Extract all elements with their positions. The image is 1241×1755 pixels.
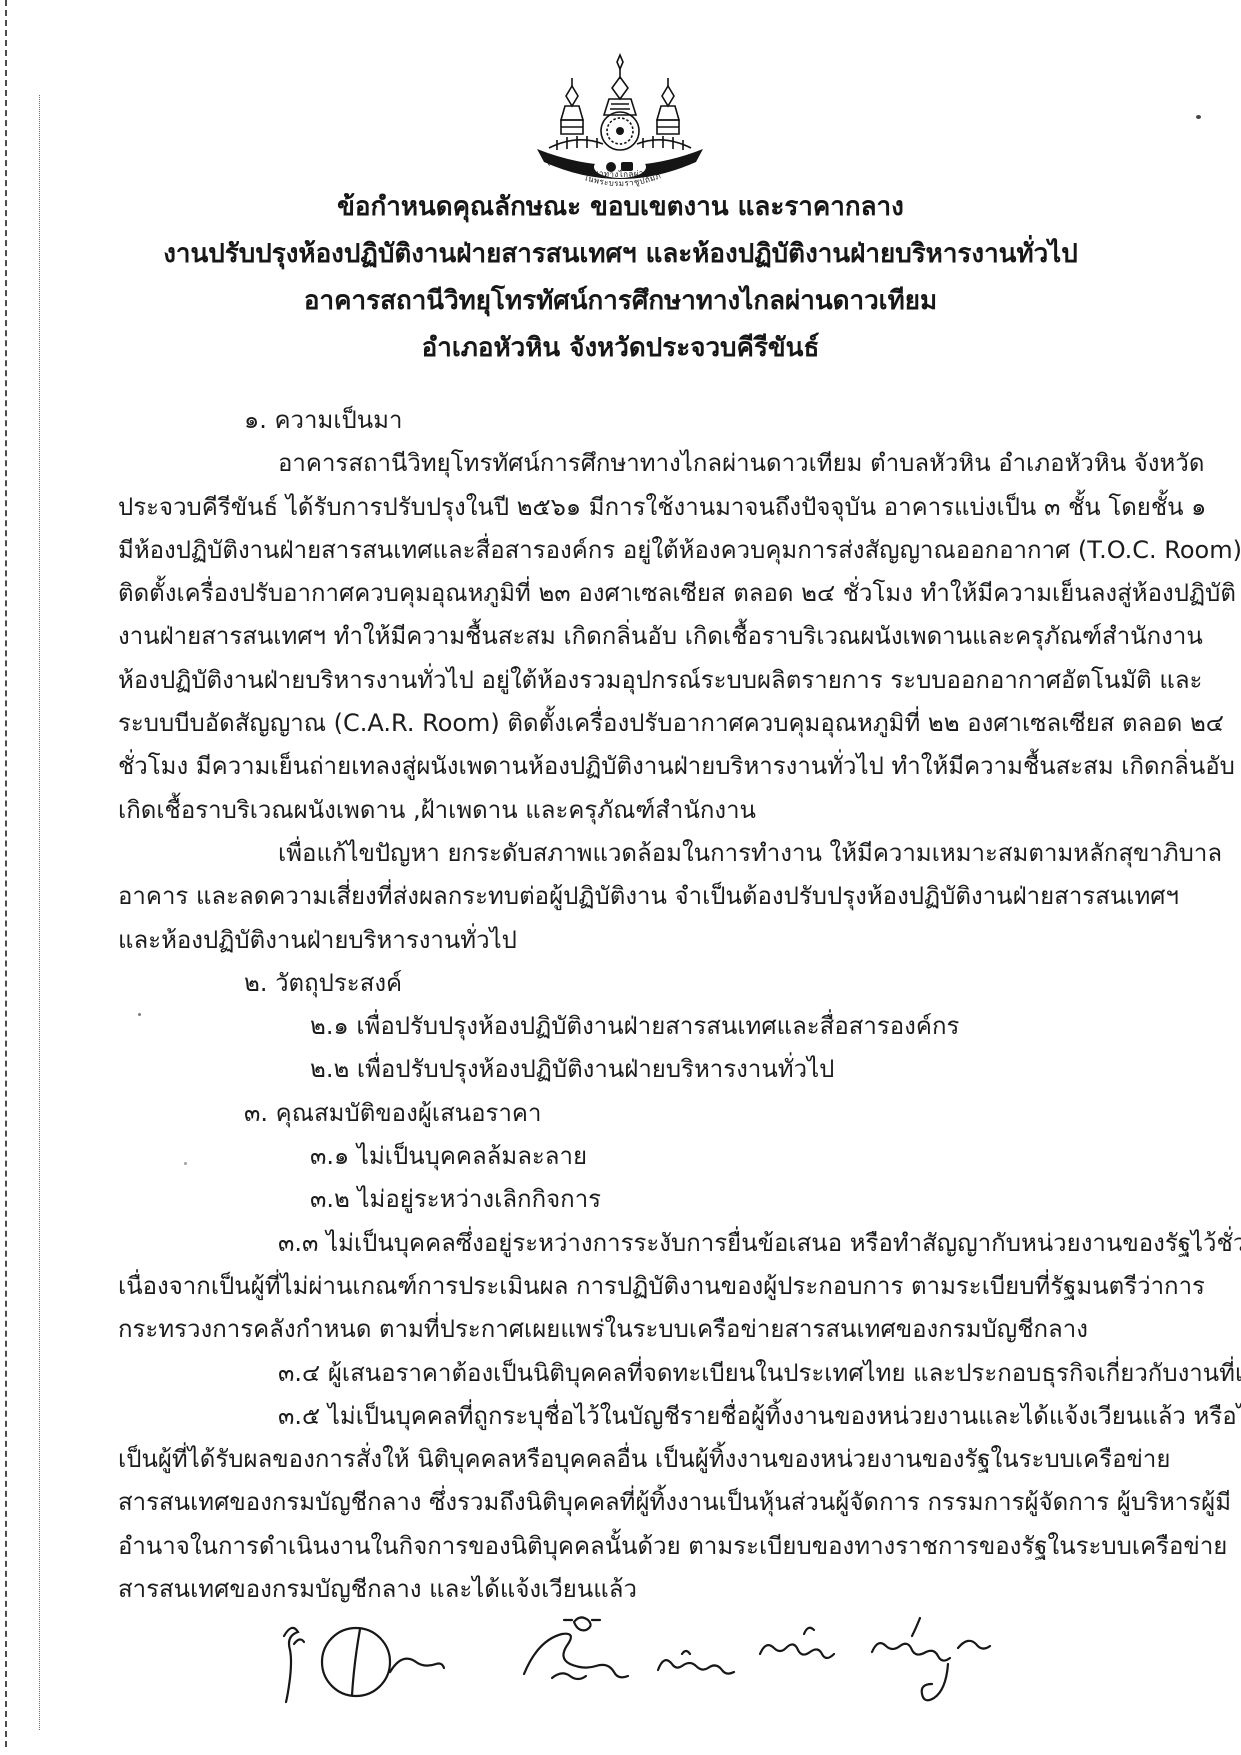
- body-line: สารสนเทศของกรมบัญชีกลาง ซึ่งรวมถึงนิติบุ…: [100, 1481, 1160, 1524]
- body-line: ๒.๒ เพื่อปรับปรุงห้องปฏิบัติงานฝ่ายบริหา…: [100, 1048, 1160, 1091]
- document-body: ๑. ความเป็นมา อาคารสถานีวิทยุโทรทัศน์การ…: [100, 399, 1160, 1611]
- signature-mark-2: [512, 1608, 662, 1703]
- body-line: ๓.๒ ไม่อยู่ระหว่างเลิกกิจการ: [100, 1178, 1160, 1221]
- body-line: ห้องปฏิบัติงานฝ่ายบริหารงานทั่วไป อยู่ใต…: [100, 659, 1160, 702]
- body-line: ติดตั้งเครื่องปรับอากาศควบคุมอุณหภูมิที่…: [100, 572, 1160, 615]
- body-line: อำนาจในการดำเนินงานในกิจการของนิติบุคคลน…: [100, 1525, 1160, 1568]
- title-line-2: งานปรับปรุงห้องปฏิบัติงานฝ่ายสารสนเทศฯ แ…: [0, 231, 1241, 278]
- body-line: เนื่องจากเป็นผู้ที่ไม่ผ่านเกณฑ์การประเมิ…: [100, 1265, 1160, 1308]
- body-line: มีห้องปฏิบัติงานฝ่ายสารสนเทศและสื่อสารอง…: [100, 529, 1160, 572]
- body-line: และห้องปฏิบัติงานฝ่ายบริหารงานทั่วไป: [100, 919, 1160, 962]
- section-2-heading: ๒. วัตถุประสงค์: [100, 962, 1160, 1005]
- body-line: สารสนเทศของกรมบัญชีกลาง และได้แจ้งเวียนแ…: [100, 1568, 1160, 1611]
- body-line: ๒.๑ เพื่อปรับปรุงห้องปฏิบัติงานฝ่ายสารสน…: [100, 1005, 1160, 1048]
- signature-mark-3: [652, 1642, 747, 1692]
- body-line: อาคารสถานีวิทยุโทรทัศน์การศึกษาทางไกลผ่า…: [100, 442, 1160, 485]
- body-line: ๓.๓ ไม่เป็นบุคคลซึ่งอยู่ระหว่างการระงับก…: [100, 1222, 1160, 1265]
- document-title-block: ข้อกำหนดคุณลักษณะ ขอบเขตงาน และราคากลาง …: [0, 184, 1241, 372]
- signature-mark-1: [268, 1614, 458, 1714]
- signature-mark-4: [752, 1612, 1002, 1722]
- section-3-heading: ๓. คุณสมบัติของผู้เสนอราคา: [100, 1092, 1160, 1135]
- body-line: อาคาร และลดความเสี่ยงที่ส่งผลกระทบต่อผู้…: [100, 875, 1160, 918]
- title-line-1: ข้อกำหนดคุณลักษณะ ขอบเขตงาน และราคากลาง: [0, 184, 1241, 231]
- section-1-heading: ๑. ความเป็นมา: [100, 399, 1160, 442]
- body-line: เกิดเชื้อราบริเวณผนังเพดาน ,ฝ้าเพดาน และ…: [100, 789, 1160, 832]
- body-line: ชั่วโมง มีความเย็นถ่ายเทลงสู่ผนังเพดานห้…: [100, 745, 1160, 788]
- scan-artifact-speck: [1196, 115, 1201, 119]
- body-line: เพื่อแก้ไขปัญหา ยกระดับสภาพแวดล้อมในการท…: [100, 832, 1160, 875]
- title-line-3: อาคารสถานีวิทยุโทรทัศน์การศึกษาทางไกลผ่า…: [0, 278, 1241, 325]
- body-line: งานฝ่ายสารสนเทศฯ ทำให้มีความชื้นสะสม เกิ…: [100, 615, 1160, 658]
- body-line: เป็นผู้ที่ได้รับผลของการสั่งให้ นิติบุคค…: [100, 1438, 1160, 1481]
- dltv-foundation-emblem: มูลนิธิการศึกษาทางไกลผ่านดาวเทียม ในพระบ…: [515, 52, 725, 192]
- body-line: ประจวบคีรีขันธ์ ได้รับการปรับปรุงในปี ๒๕…: [100, 486, 1160, 529]
- body-line: กระทรวงการคลังกำหนด ตามที่ประกาศเผยแพร่ใ…: [100, 1308, 1160, 1351]
- body-line: ๓.๕ ไม่เป็นบุคคลที่ถูกระบุชื่อไว้ในบัญชี…: [100, 1395, 1160, 1438]
- body-line: ๓.๑ ไม่เป็นบุคคลล้มละลาย: [100, 1135, 1160, 1178]
- body-line: ๓.๔ ผู้เสนอราคาต้องเป็นนิติบุคคลที่จดทะเ…: [100, 1352, 1160, 1395]
- title-line-4: อำเภอหัวหิน จังหวัดประจวบคีรีขันธ์: [0, 325, 1241, 372]
- document-page: มูลนิธิการศึกษาทางไกลผ่านดาวเทียม ในพระบ…: [0, 0, 1241, 1755]
- body-line: ระบบบีบอัดสัญญาณ (C.A.R. Room) ติดตั้งเค…: [100, 702, 1160, 745]
